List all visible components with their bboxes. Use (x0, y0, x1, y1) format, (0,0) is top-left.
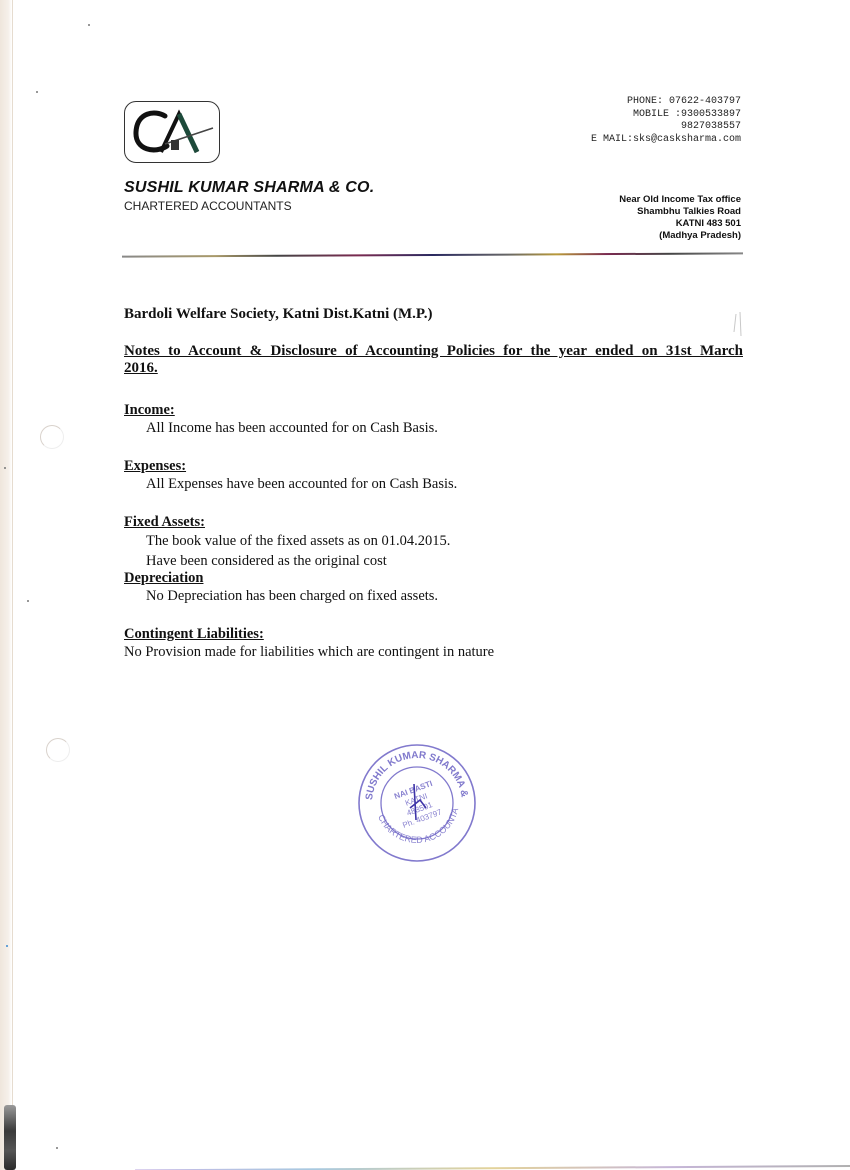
firm-subtitle: CHARTERED ACCOUNTANTS (124, 199, 292, 213)
section-contingent-liabilities: Contingent Liabilities: No Provision mad… (124, 626, 494, 661)
address-line: Shambhu Talkies Road (619, 206, 741, 218)
ca-logo (124, 101, 220, 163)
section-heading: Expenses: (124, 458, 457, 475)
speck (27, 600, 29, 602)
section-text: No Provision made for liabilities which … (124, 643, 494, 661)
address-line: KATNI 483 501 (619, 218, 741, 230)
section-text: All Expenses have been accounted for on … (124, 475, 457, 493)
section-text: All Income has been accounted for on Cas… (124, 419, 438, 437)
section-fixed-assets: Fixed Assets: The book value of the fixe… (124, 514, 450, 570)
section-text: The book value of the fixed assets as on… (124, 531, 450, 552)
section-depreciation: Depreciation No Depreciation has been ch… (124, 570, 438, 605)
punch-hole (46, 738, 70, 762)
mobile-number-2: 9827038557 (591, 121, 741, 134)
address-block: Near Old Income Tax office Shambhu Talki… (619, 194, 741, 242)
speck (88, 24, 90, 26)
speck (56, 1147, 58, 1149)
section-income: Income: All Income has been accounted fo… (124, 402, 438, 437)
section-expenses: Expenses: All Expenses have been account… (124, 458, 457, 493)
company-seal-stamp: SUSHIL KUMAR SHARMA & CO. CHARTERED ACCO… (356, 742, 478, 864)
section-heading: Income: (124, 402, 438, 419)
ca-logo-icon (125, 102, 219, 162)
punch-hole (40, 425, 64, 449)
document-body: Bardoli Welfare Society, Katni Dist.Katn… (124, 306, 754, 377)
speck (4, 467, 6, 469)
notes-title: Notes to Account & Disclosure of Account… (124, 343, 743, 377)
speck (6, 945, 8, 947)
section-heading: Fixed Assets: (124, 514, 450, 531)
address-line: Near Old Income Tax office (619, 194, 741, 206)
contact-block: PHONE: 07622-403797 MOBILE :9300533897 9… (591, 96, 741, 146)
phone-number: PHONE: 07622-403797 (591, 96, 741, 109)
section-text: No Depreciation has been charged on fixe… (124, 587, 438, 605)
section-heading: Depreciation (124, 570, 438, 587)
paper-edge-line (12, 0, 13, 1170)
section-heading: Contingent Liabilities: (124, 626, 494, 643)
email-address: E MAIL:sks@casksharma.com (591, 134, 741, 147)
address-line: (Madhya Pradesh) (619, 230, 741, 242)
letterhead-divider (122, 252, 743, 257)
paper-edge (0, 0, 12, 1170)
mobile-number: MOBILE :9300533897 (591, 109, 741, 122)
paper-bottom-edge (135, 1165, 850, 1170)
pencil-mark-icon (732, 310, 746, 338)
organization-title: Bardoli Welfare Society, Katni Dist.Katn… (124, 306, 754, 323)
section-text: Have been considered as the original cos… (124, 552, 450, 570)
speck (36, 91, 38, 93)
firm-name: SUSHIL KUMAR SHARMA & CO. (124, 179, 374, 197)
binder-clip-mark (4, 1105, 16, 1170)
